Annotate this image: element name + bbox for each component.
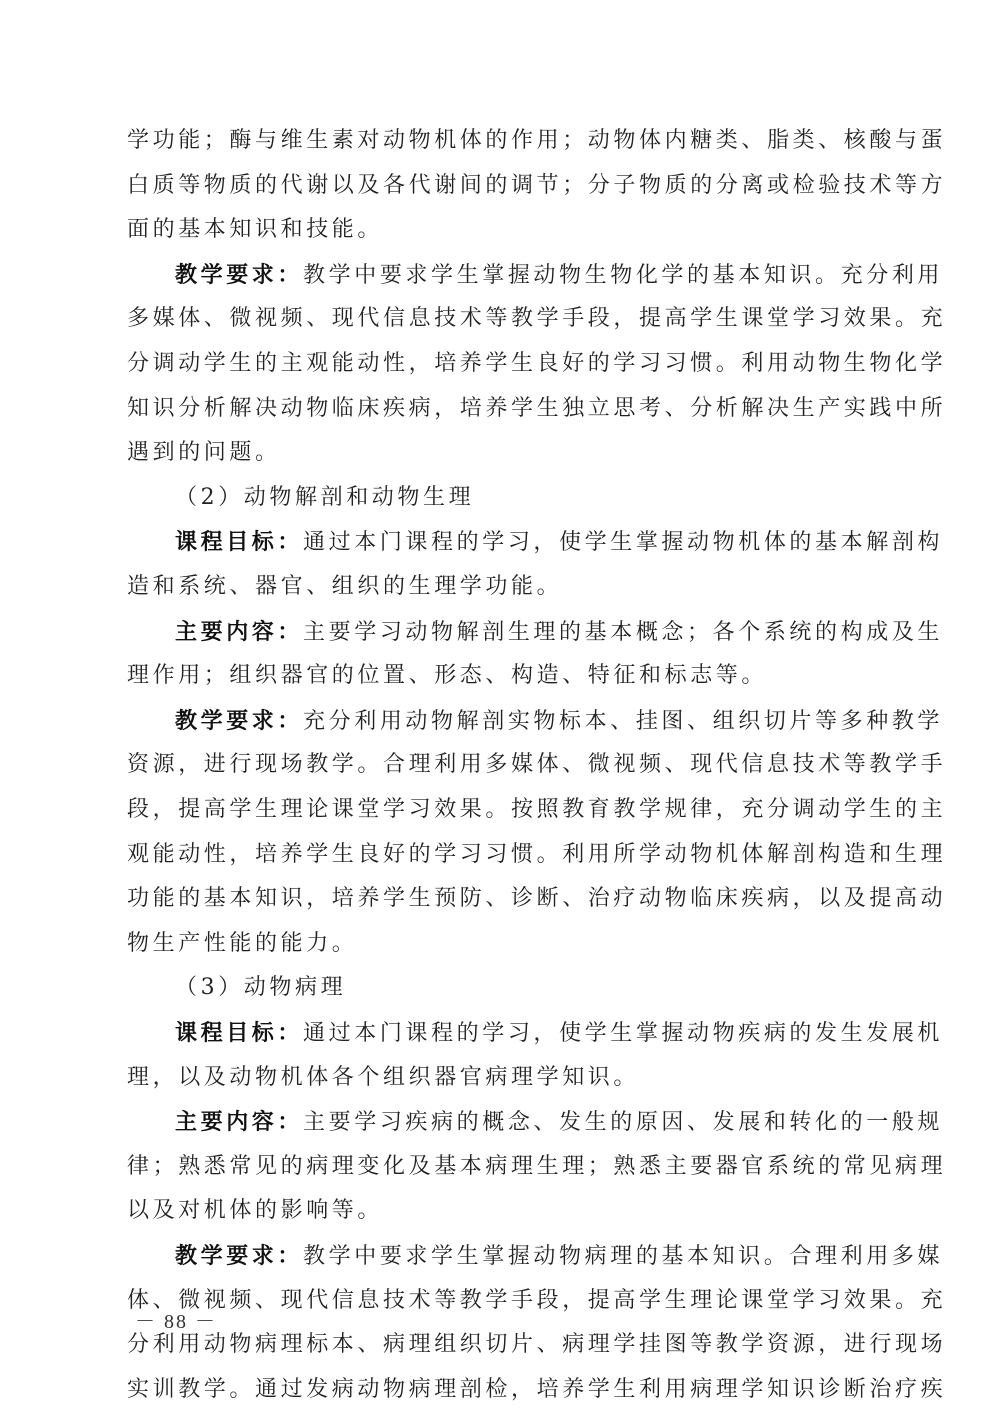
section-heading: （3）动物病理: [175, 966, 920, 1010]
text-line: 观能动性，培养学生良好的学习习惯。利用所学动物机体解剖构造和生理: [127, 833, 872, 877]
text-line: 面的基本知识和技能。: [127, 208, 872, 252]
line-text: 造和系统、器官、组织的生理学功能。: [127, 574, 562, 599]
page-number: － 88 －: [135, 1305, 217, 1334]
paragraph-start-line: 主要内容：主要学习动物解剖生理的基本概念；各个系统的构成及生: [175, 610, 872, 654]
line-text: 教学中要求学生掌握动物生物化学的基本知识。充分利用: [303, 263, 943, 288]
paragraph-label: 课程目标：: [175, 529, 303, 555]
text-line: 段，提高学生理论课堂学习效果。按照教育教学规律，充分调动学生的主: [127, 788, 872, 832]
line-text: 主要学习动物解剖生理的基本概念；各个系统的构成及生: [303, 620, 943, 645]
paragraph-label: 主要内容：: [175, 619, 303, 645]
line-text: 资源，进行现场教学。合理利用多媒体、微视频、现代信息技术等教学手: [127, 752, 946, 777]
paragraph-label: 主要内容：: [175, 1109, 303, 1135]
text-line: 遇到的问题。: [127, 431, 872, 475]
line-text: 段，提高学生理论课堂学习效果。按照教育教学规律，充分调动学生的主: [127, 797, 946, 822]
line-text: （3）动物病理: [175, 975, 346, 1000]
text-line: 实训教学。通过发病动物病理剖检，培养学生利用病理学知识诊断治疗疾: [127, 1368, 872, 1412]
text-line: 以及对机体的影响等。: [127, 1189, 872, 1233]
line-text: 分调动学生的主观能动性，培养学生良好的学习习惯。利用动物生物化学: [127, 351, 946, 376]
line-text: 分利用动物病理标本、病理组织切片、病理学挂图等教学资源，进行现场: [127, 1332, 946, 1357]
text-line: 学功能；酶与维生素对动物机体的作用；动物体内糖类、脂类、核酸与蛋: [127, 119, 872, 163]
line-text: 理，以及动物机体各个组织器官病理学知识。: [127, 1065, 639, 1090]
paragraph-label: 教学要求：: [175, 262, 303, 288]
paragraph-start-line: 课程目标：通过本门课程的学习，使学生掌握动物机体的基本解剖构: [175, 520, 872, 564]
line-text: 主要学习疾病的概念、发生的原因、发展和转化的一般规: [303, 1110, 943, 1135]
line-text: 教学中要求学生掌握动物病理的基本知识。合理利用多媒: [303, 1244, 943, 1269]
line-text: 面的基本知识和技能。: [127, 217, 383, 242]
line-text: 知识分析解决动物临床疾病，培养学生独立思考、分析解决生产实践中所: [127, 396, 946, 421]
line-text: 白质等物质的代谢以及各代谢间的调节；分子物质的分离或检验技术等方: [127, 173, 946, 198]
line-text: 理作用；组织器官的位置、形态、构造、特征和标志等。: [127, 663, 767, 688]
line-text: 体、微视频、现代信息技术等教学手段，提高学生理论课堂学习效果。充: [127, 1288, 946, 1313]
text-line: 分调动学生的主观能动性，培养学生良好的学习习惯。利用动物生物化学: [127, 342, 872, 386]
line-text: （2）动物解剖和动物生理: [175, 485, 474, 510]
text-line: 物生产性能的能力。: [127, 922, 872, 966]
text-line: 理，以及动物机体各个组织器官病理学知识。: [127, 1056, 872, 1100]
paragraph-start-line: 主要内容：主要学习疾病的概念、发生的原因、发展和转化的一般规: [175, 1100, 872, 1144]
line-text: 通过本门课程的学习，使学生掌握动物疾病的发生发展机: [303, 1021, 943, 1046]
line-text: 通过本门课程的学习，使学生掌握动物机体的基本解剖构: [303, 530, 943, 555]
line-text: 物生产性能的能力。: [127, 931, 357, 956]
text-line: 多媒体、微视频、现代信息技术等教学手段，提高学生课堂学习效果。充: [127, 297, 872, 341]
line-text: 遇到的问题。: [127, 440, 281, 465]
text-line: 理作用；组织器官的位置、形态、构造、特征和标志等。: [127, 654, 872, 698]
paragraph-label: 教学要求：: [175, 1243, 303, 1269]
line-text: 实训教学。通过发病动物病理剖检，培养学生利用病理学知识诊断治疗疾: [127, 1377, 946, 1402]
line-text: 学功能；酶与维生素对动物机体的作用；动物体内糖类、脂类、核酸与蛋: [127, 128, 946, 153]
paragraph-label: 教学要求：: [175, 708, 303, 734]
paragraph-label: 课程目标：: [175, 1020, 303, 1046]
paragraph-start-line: 教学要求：充分利用动物解剖实物标本、挂图、组织切片等多种教学: [175, 699, 872, 743]
line-text: 律；熟悉常见的病理变化及基本病理生理；熟悉主要器官系统的常见病理: [127, 1154, 946, 1179]
text-line: 律；熟悉常见的病理变化及基本病理生理；熟悉主要器官系统的常见病理: [127, 1145, 872, 1189]
text-line: 知识分析解决动物临床疾病，培养学生独立思考、分析解决生产实践中所: [127, 387, 872, 431]
section-heading: （2）动物解剖和动物生理: [175, 476, 920, 520]
line-text: 多媒体、微视频、现代信息技术等教学手段，提高学生课堂学习效果。充: [127, 306, 946, 331]
line-text: 以及对机体的影响等。: [127, 1198, 383, 1223]
line-text: 观能动性，培养学生良好的学习习惯。利用所学动物机体解剖构造和生理: [127, 842, 946, 867]
paragraph-start-line: 教学要求：教学中要求学生掌握动物病理的基本知识。合理利用多媒: [175, 1234, 872, 1278]
text-line: 造和系统、器官、组织的生理学功能。: [127, 565, 872, 609]
text-line: 白质等物质的代谢以及各代谢间的调节；分子物质的分离或检验技术等方: [127, 164, 872, 208]
text-line: 分利用动物病理标本、病理组织切片、病理学挂图等教学资源，进行现场: [127, 1323, 872, 1367]
line-text: 功能的基本知识，培养学生预防、诊断、治疗动物临床疾病，以及提高动: [127, 886, 946, 911]
paragraph-start-line: 教学要求：教学中要求学生掌握动物生物化学的基本知识。充分利用: [175, 253, 872, 297]
text-line: 体、微视频、现代信息技术等教学手段，提高学生理论课堂学习效果。充: [127, 1279, 872, 1323]
paragraph-start-line: 课程目标：通过本门课程的学习，使学生掌握动物疾病的发生发展机: [175, 1011, 872, 1055]
text-line: 资源，进行现场教学。合理利用多媒体、微视频、现代信息技术等教学手: [127, 743, 872, 787]
document-page: 学功能；酶与维生素对动物机体的作用；动物体内糖类、脂类、核酸与蛋白质等物质的代谢…: [0, 0, 1000, 1414]
text-line: 功能的基本知识，培养学生预防、诊断、治疗动物临床疾病，以及提高动: [127, 877, 872, 921]
line-text: 充分利用动物解剖实物标本、挂图、组织切片等多种教学: [303, 709, 943, 734]
